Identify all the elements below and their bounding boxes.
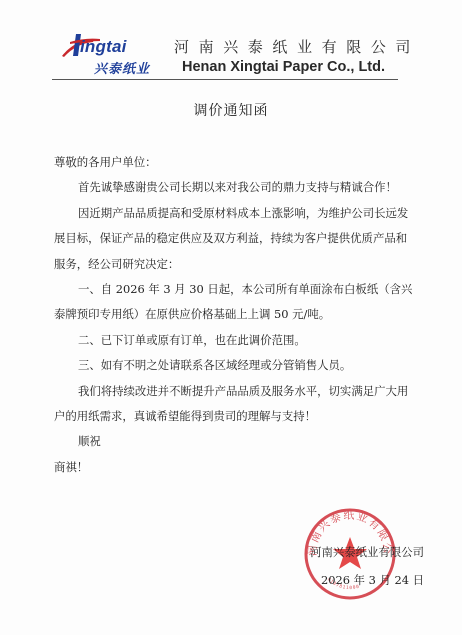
item-three-contact: 三、如有不明之处请联系各区域经理或分管销售人员。 xyxy=(54,353,414,378)
letter-page: ingtai 兴泰纸业 河南兴泰纸业有限公司 Henan Xingtai Pap… xyxy=(0,0,462,635)
signature-company: 河南兴泰纸业有限公司 xyxy=(310,538,424,566)
closing-regards: 顺祝 xyxy=(54,429,414,454)
closing-wishes: 商祺！ xyxy=(54,455,414,480)
signature-date: 2026 年 3 月 24 日 xyxy=(310,566,424,594)
company-logo: ingtai 兴泰纸业 xyxy=(60,30,180,78)
item-two-orders: 二、已下订单或原有订单，也在此调价范围。 xyxy=(54,328,414,353)
company-name-chinese: 河南兴泰纸业有限公司 xyxy=(174,36,420,57)
paragraph-reason: 因近期产品品质提高和受原材料成本上涨影响，为维护公司长远发展目标，保证产品的稳定… xyxy=(54,201,414,277)
paragraph-thanks: 首先诚挚感谢贵公司长期以来对我公司的鼎力支持与精诚合作！ xyxy=(54,175,414,200)
letter-body: 尊敬的各用户单位： 首先诚挚感谢贵公司长期以来对我公司的鼎力支持与精诚合作！ 因… xyxy=(54,150,414,480)
logo-wordmark: ingtai xyxy=(80,37,127,57)
letterhead-divider xyxy=(52,79,398,80)
signature-block: 河南兴泰纸业有限公司 2026 年 3 月 24 日 xyxy=(310,538,424,594)
document-title: 调价通知函 xyxy=(0,100,462,120)
salutation: 尊敬的各用户单位： xyxy=(54,150,414,175)
letterhead: ingtai 兴泰纸业 河南兴泰纸业有限公司 Henan Xingtai Pap… xyxy=(52,28,398,80)
item-one-price-increase: 一、自 2026 年 3 月 30 日起，本公司所有单面涂布白板纸（含兴泰牌预印… xyxy=(54,277,414,328)
logo-chinese-name: 兴泰纸业 xyxy=(94,58,150,77)
paragraph-commitment: 我们将持续改进并不断提升产品品质及服务水平，切实满足广大用户的用纸需求，真诚希望… xyxy=(54,379,414,430)
company-name-english: Henan Xingtai Paper Co., Ltd. xyxy=(182,59,385,75)
